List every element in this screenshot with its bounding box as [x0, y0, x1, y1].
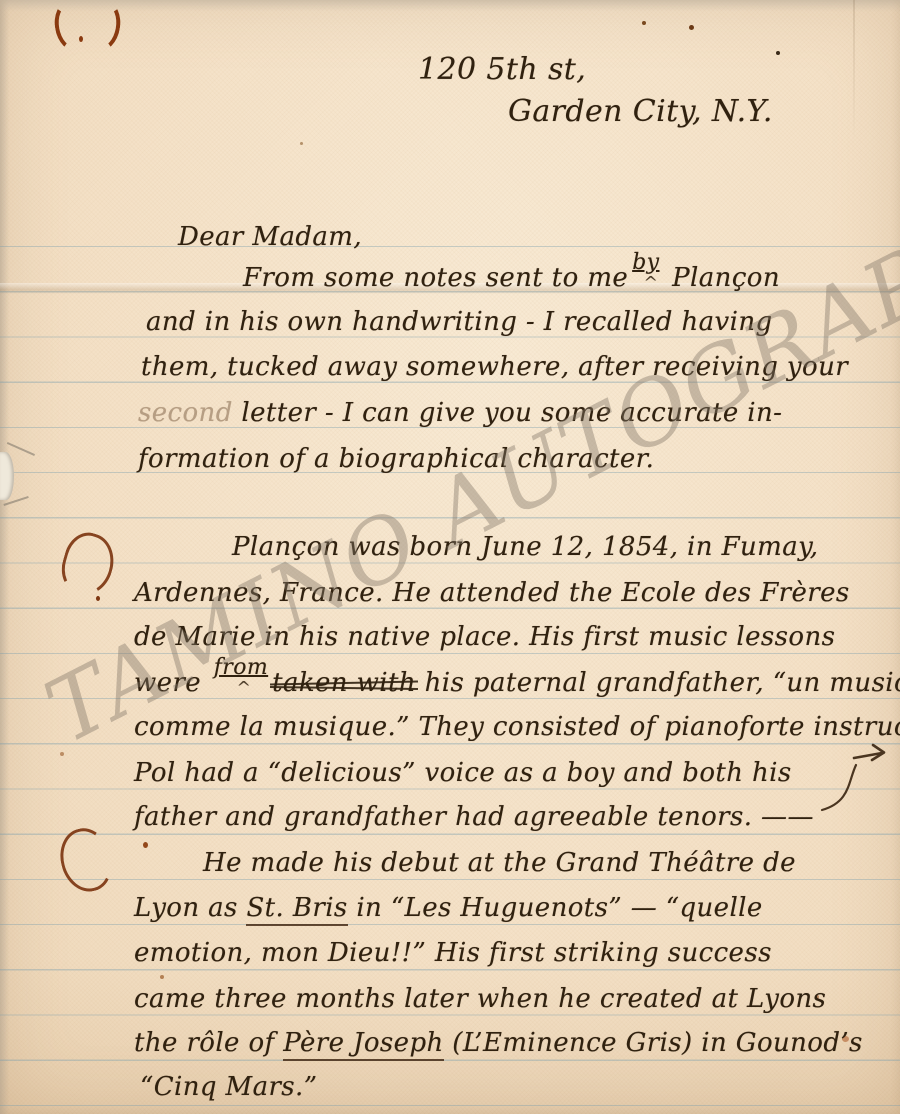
body-line: and in his own handwriting - I recalled …	[146, 307, 773, 337]
foxing-spot	[300, 142, 303, 145]
paperclip-rust-mark	[51, 0, 93, 54]
body-line: father and grandfather had agreeable ten…	[134, 802, 814, 832]
foxing-spot	[642, 21, 646, 25]
letter-paper: 120 5th st,Garden City, N.Y.Dear Madam,F…	[0, 0, 900, 1114]
address-line-2: Garden City, N.Y.	[508, 94, 773, 129]
salutation: Dear Madam,	[178, 222, 362, 252]
body-line: He made his debut at the Grand Théâtre d…	[203, 848, 796, 878]
edge-crease	[853, 0, 855, 140]
paper-edge-chip	[0, 452, 14, 500]
body-line: From some notes sent to meby Plançon	[243, 263, 780, 293]
body-line: formation of a biographical character.	[138, 444, 654, 474]
body-line: Lyon as St. Bris in “Les Huguenots” — “q…	[134, 893, 763, 923]
rust-spot	[143, 842, 148, 848]
paperclip-rust-mark	[82, 0, 124, 54]
rust-spot	[79, 36, 83, 42]
rust-spot	[96, 596, 100, 601]
body-line: were fromtaken with his paternal grandfa…	[134, 668, 900, 698]
body-line: second letter - I can give you some accu…	[138, 398, 782, 428]
rust-ring-mark	[55, 527, 120, 600]
foxing-spot	[689, 25, 694, 30]
scratch-mark	[7, 442, 35, 456]
body-line: Plançon was born June 12, 1854, in Fumay…	[232, 532, 818, 562]
ruled-lines	[0, 202, 900, 1114]
body-line: came three months later when he created …	[134, 984, 826, 1014]
body-line: Pol had a “delicious” voice as a boy and…	[134, 758, 792, 788]
foxing-spot	[60, 752, 64, 756]
body-line: them, tucked away somewhere, after recei…	[141, 352, 848, 382]
body-line: comme la musique.” They consisted of pia…	[134, 712, 900, 742]
rust-ring-mark	[54, 823, 118, 897]
body-line: emotion, mon Dieu!!” His first striking …	[134, 938, 772, 968]
address-line-1: 120 5th st,	[418, 52, 586, 87]
body-line: the rôle of Père Joseph (L’Eminence Gris…	[134, 1028, 863, 1058]
insertion-arrow-icon	[820, 738, 896, 816]
foxing-spot	[160, 975, 164, 979]
body-line: Ardennes, France. He attended the Ecole …	[134, 578, 850, 608]
body-line: de Marie in his native place. His first …	[134, 622, 835, 652]
body-line: “Cinq Mars.”	[140, 1072, 317, 1102]
foxing-spot	[776, 51, 780, 55]
